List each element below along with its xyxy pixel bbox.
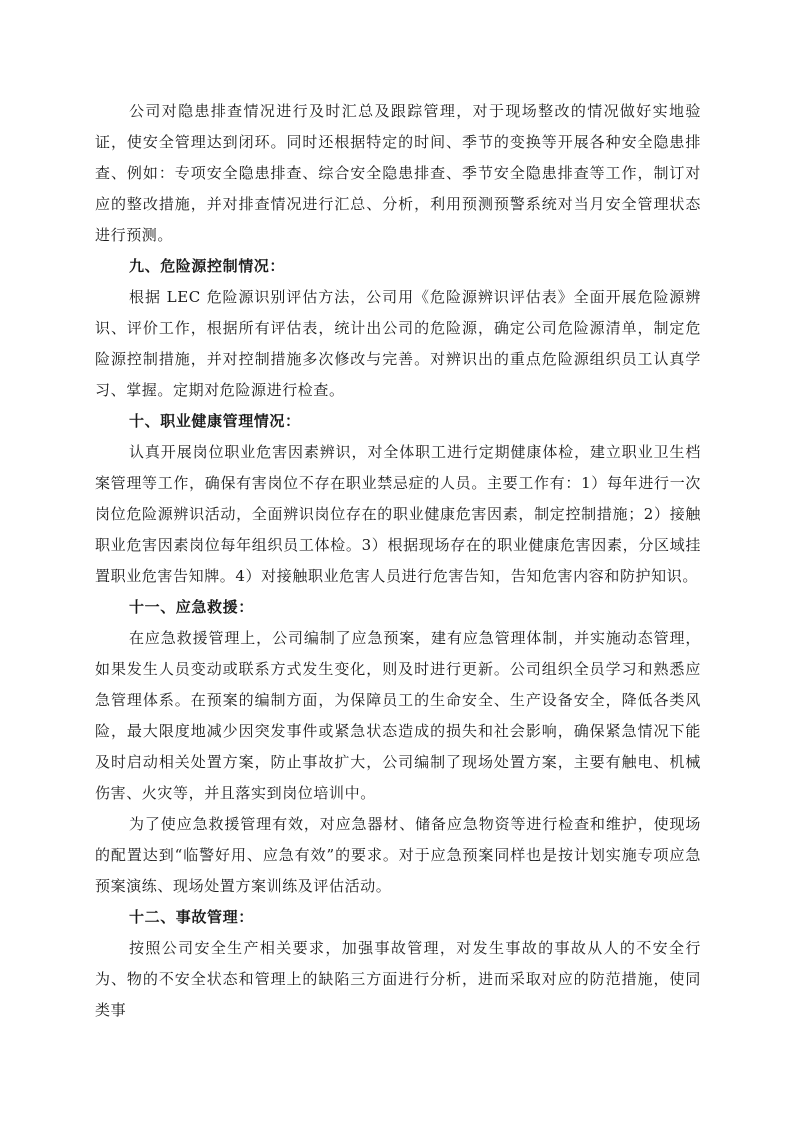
heading-accident-management: 十二、事故管理： [95,902,701,933]
paragraph-emergency-equipment: 为了使应急救援管理有效，对应急器材、储备应急物资等进行检查和维护，使现场的配置达… [95,809,701,902]
paragraph-emergency-rescue: 在应急救援管理上，公司编制了应急预案，建有应急管理体制，并实施动态管理，如果发生… [95,623,701,809]
paragraph-occupational-health: 认真开展岗位职业危害因素辨识，对全体职工进行定期健康体检，建立职业卫生档案管理等… [95,437,701,592]
heading-occupational-health: 十、职业健康管理情况： [95,406,701,437]
heading-hazard-source-control: 九、危险源控制情况： [95,251,701,282]
heading-emergency-rescue: 十一、应急救援： [95,592,701,623]
paragraph-hazard-source-control: 根据 LEC 危险源识别评估方法，公司用《危险源辨识评估表》全面开展危险源辨识、… [95,282,701,406]
paragraph-accident-management: 按照公司安全生产相关要求，加强事故管理，对发生事故的事故从人的不安全行为、物的不… [95,933,701,1026]
paragraph-hazard-inspection: 公司对隐患排查情况进行及时汇总及跟踪管理，对于现场整改的情况做好实地验证，使安全… [95,96,701,251]
document-page: 公司对隐患排查情况进行及时汇总及跟踪管理，对于现场整改的情况做好实地验证，使安全… [95,96,701,1026]
